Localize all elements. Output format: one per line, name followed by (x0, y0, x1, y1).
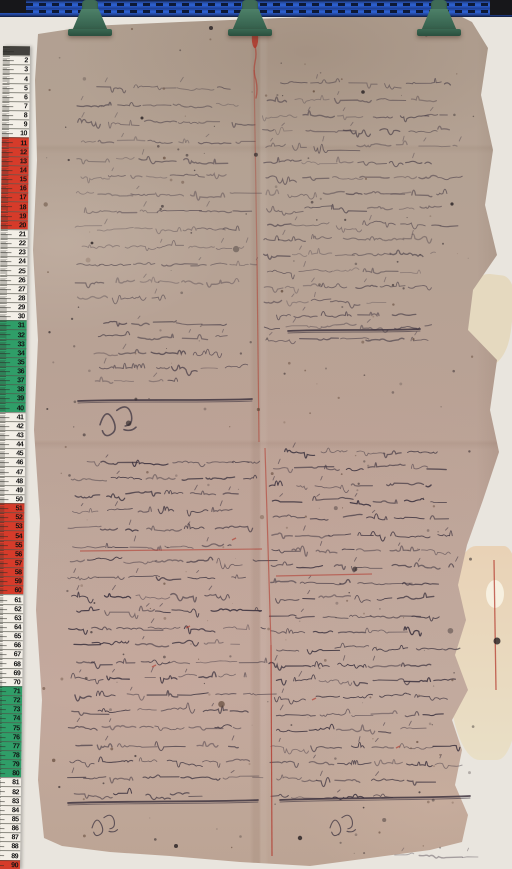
ruler-cell: 54 (0, 530, 24, 539)
ruler-cell: 4 (3, 73, 30, 82)
ruler-cell: 2 (3, 55, 30, 64)
lower-left-mark (92, 815, 118, 835)
ruler-cell: 85 (0, 814, 21, 823)
ruler-cell: 15 (1, 174, 28, 183)
binder-clip (416, 0, 462, 40)
ruler-number: 6 (24, 94, 29, 101)
ruler-cell: 26 (0, 274, 27, 283)
ruler-cell (3, 46, 30, 55)
ruler-cell: 27 (0, 284, 27, 293)
ruler-cell: 70 (0, 677, 22, 686)
text-column-bottom-right-partial (395, 848, 478, 858)
ruler-cell: 75 (0, 722, 22, 731)
ruler-cell: 8 (2, 110, 29, 119)
clip-lip (68, 29, 112, 36)
binder-clip (67, 0, 113, 40)
ruler-cell: 63 (0, 613, 23, 622)
ruler-number: 2 (24, 58, 29, 65)
ruler-cell: 53 (0, 521, 24, 530)
center-crease-line (254, 70, 257, 260)
ruler-cell: 19 (1, 211, 28, 220)
ink-blot (361, 90, 365, 94)
ruler-number: 4 (24, 76, 29, 83)
ruler-cell: 81 (0, 777, 21, 786)
ruler-cell: 76 (0, 731, 22, 740)
ruler-number: 3 (24, 67, 29, 74)
ruler-cell: 86 (0, 823, 21, 832)
strikethrough-line (78, 401, 252, 403)
ruler-cell: 39 (0, 393, 26, 402)
ruler-number: 7 (24, 103, 29, 110)
ruler-cell: 73 (0, 704, 22, 713)
ruler-cell: 68 (0, 658, 23, 667)
ink-blot (450, 202, 453, 205)
ruler-cell: 62 (0, 604, 23, 613)
ruler-cell: 66 (0, 640, 23, 649)
ruler-cell: 47 (0, 466, 25, 475)
ruler-cell: 83 (0, 795, 21, 804)
ruler-number: 5 (24, 85, 29, 92)
text-column-lower-left (68, 455, 278, 800)
text-column-lower-right (269, 443, 462, 800)
clip-body (72, 9, 108, 31)
red-tick-mark (152, 665, 156, 667)
manuscript-photo-scene: 2345678910111213141516171819202122232425… (0, 0, 512, 869)
binder-clip (227, 0, 273, 40)
center-crease-line (265, 448, 271, 645)
right-margin-red-line (494, 560, 496, 690)
handwriting-layer (0, 0, 512, 869)
ruler-cell: 59 (0, 576, 24, 585)
ruler-cell: 41 (0, 412, 26, 421)
ruler-cell: 34 (0, 348, 26, 357)
ruler-cell: 55 (0, 540, 24, 549)
ruler-cell: 72 (0, 695, 22, 704)
center-crease-line (257, 260, 259, 442)
ruler-cell: 58 (0, 567, 24, 576)
ink-blot (91, 242, 94, 245)
ruler-cell: 13 (2, 156, 29, 165)
ink-blot (141, 117, 144, 120)
ruler-cell: 33 (0, 338, 26, 347)
clip-lip (417, 29, 461, 36)
clip-body (421, 9, 457, 31)
clip-body (232, 9, 268, 31)
ruler-cell: 78 (0, 750, 21, 759)
ruler-cell: 35 (0, 357, 26, 366)
rail-endcap-right (490, 0, 512, 15)
text-column-upper-left (75, 77, 261, 303)
lower-right-mark (330, 815, 356, 835)
ruler-cell: 60 (0, 585, 23, 594)
ruler-cell: 56 (0, 549, 24, 558)
ruler-cell: 89 (0, 850, 20, 859)
ruler-cell: 17 (1, 192, 28, 201)
ruler-cell: 48 (0, 476, 25, 485)
ruler-cell: 74 (0, 713, 22, 722)
ruler-cell: 80 (0, 768, 21, 777)
ruler-cell: 42 (0, 421, 25, 430)
red-tick-mark (232, 538, 236, 540)
ink-blot (494, 638, 501, 645)
ruler-cell: 11 (2, 137, 29, 146)
ruler-cell: 79 (0, 759, 21, 768)
ruler-cell: 38 (0, 384, 26, 393)
ruler-number: 90 (11, 862, 20, 869)
rail-endcap-left (0, 0, 26, 13)
ruler-cell: 77 (0, 741, 22, 750)
ruler-cell: 3 (3, 64, 30, 73)
ruler-cell: 23 (0, 247, 27, 256)
ink-blot (209, 26, 213, 30)
ruler-cell: 90 (0, 859, 20, 868)
ruler-cell: 45 (0, 448, 25, 457)
ruler-cell: 88 (0, 841, 20, 850)
red-strike-line (276, 574, 372, 576)
ruler-cell: 57 (0, 558, 24, 567)
strikethrough-line (78, 399, 252, 401)
ruler-cell: 16 (1, 183, 28, 192)
ruler-cell: 25 (0, 265, 27, 274)
ruler-cell: 5 (2, 83, 29, 92)
ink-blot (298, 836, 302, 840)
ruler-cell: 43 (0, 430, 25, 439)
ruler-cell: 36 (0, 366, 26, 375)
text-column-upper-right (262, 75, 462, 308)
ruler-cell: 37 (0, 375, 26, 384)
center-crease-line (271, 645, 272, 856)
red-tick-mark (312, 698, 316, 700)
ruler-cell: 6 (2, 92, 29, 101)
ruler-cell: 40 (0, 402, 26, 411)
ruler-cell: 12 (2, 147, 29, 156)
ruler-cell: 32 (0, 329, 27, 338)
text-column-upper-left-addendum (94, 316, 248, 383)
ruler-cell: 29 (0, 302, 27, 311)
ruler-cell: 51 (0, 503, 24, 512)
ruler-cell: 61 (0, 594, 23, 603)
ruler-cell: 49 (0, 485, 25, 494)
ruler-cell: 20 (1, 220, 28, 229)
ruler-cell: 65 (0, 631, 23, 640)
ruler-cell: 7 (2, 101, 29, 110)
ruler-cell: 18 (1, 201, 28, 210)
ruler-cell: 22 (1, 238, 28, 247)
ruler-cell: 84 (0, 805, 21, 814)
ruler-number: 9 (24, 122, 29, 129)
ruler-cell: 30 (0, 311, 27, 320)
strikethrough-line (288, 331, 420, 333)
ruler-cell: 14 (1, 165, 28, 174)
ruler-cell: 50 (0, 494, 25, 503)
ink-blot (174, 844, 178, 848)
ruler-cell: 9 (2, 119, 29, 128)
ruler-cell: 44 (0, 439, 25, 448)
ruler-number: 8 (24, 112, 29, 119)
ruler-cell: 69 (0, 668, 22, 677)
ruler-cell: 52 (0, 512, 24, 521)
ruler-cell: 87 (0, 832, 20, 841)
red-strike-line (80, 549, 262, 551)
ruler-cell: 10 (2, 128, 29, 137)
ruler-cell: 67 (0, 649, 23, 658)
ruler-cell: 46 (0, 457, 25, 466)
ruler-cell: 31 (0, 320, 27, 329)
ruler-cell: 64 (0, 622, 23, 631)
ruler-cell: 21 (1, 229, 28, 238)
left-signature-mark (100, 407, 136, 436)
ruler-cell: 28 (0, 293, 27, 302)
clip-lip (228, 29, 272, 36)
text-column-upper-right-close (264, 307, 431, 344)
strikethrough-line (288, 329, 420, 331)
ruler-cell: 24 (0, 256, 27, 265)
ruler-cell: 71 (0, 686, 22, 695)
ruler-cell: 82 (0, 786, 21, 795)
